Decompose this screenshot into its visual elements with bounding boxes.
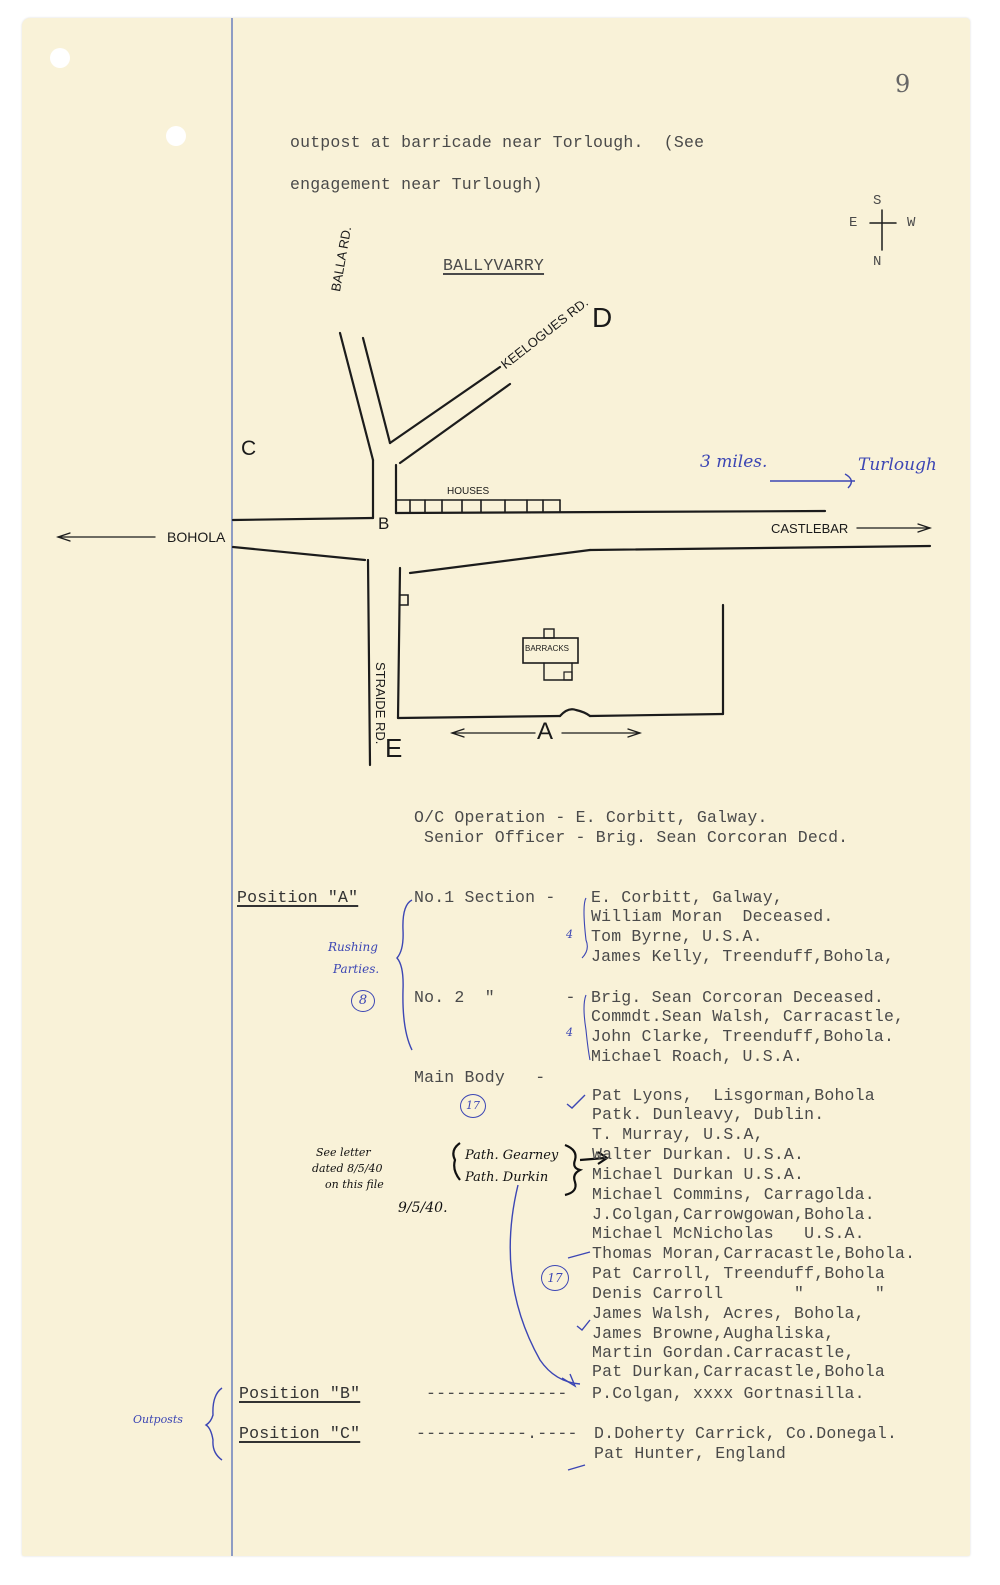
member: T. Murray, U.S.A, <box>592 1125 764 1144</box>
section-1-label: No.1 Section - <box>414 888 555 907</box>
destination-note: Turlough <box>858 455 937 475</box>
member: Tom Byrne, U.S.A. <box>591 927 763 946</box>
member: James Kelly, Treenduff,Bohola, <box>591 947 894 966</box>
main-body-count: 17 <box>460 1094 486 1118</box>
member: P.Colgan, xxxx Gortnasilla. <box>592 1384 865 1403</box>
outposts-note: Outposts <box>133 1413 183 1426</box>
member: Brig. Sean Corcoran Deceased. <box>591 988 884 1007</box>
member: John Clarke, Treenduff,Bohola. <box>591 1027 894 1046</box>
margin-note-line: dated 8/5/40 <box>312 1162 382 1175</box>
position-marker-e: E <box>385 733 402 764</box>
member: J.Colgan,Carrowgowan,Bohola. <box>592 1205 875 1224</box>
map-title: BALLYVARRY <box>443 256 544 275</box>
member: Pat Carroll, Treenduff,Bohola <box>592 1264 885 1283</box>
member: Michael Durkan U.S.A. <box>592 1165 804 1184</box>
member: Michael Roach, U.S.A. <box>591 1047 803 1066</box>
margin-note-name: Path. Durkin <box>465 1170 548 1185</box>
distance-note: 3 miles. <box>700 452 767 472</box>
margin-note-line: on this file <box>325 1178 384 1191</box>
member: E. Corbitt, Galway, <box>591 888 783 907</box>
main-body-label: Main Body - <box>414 1068 545 1087</box>
position-b-label: Position "B" <box>239 1384 360 1403</box>
rushing-note: Rushing <box>328 940 378 954</box>
member: Pat Lyons, Lisgorman,Bohola <box>592 1086 875 1105</box>
member: Michael McNicholas U.S.A. <box>592 1224 865 1243</box>
position-marker-a: A <box>537 718 553 746</box>
place-bohola: BOHOLA <box>167 529 225 545</box>
count-circle: 8 <box>351 990 375 1012</box>
position-marker-d: D <box>592 302 612 334</box>
margin-note-line: See letter <box>316 1146 371 1159</box>
position-marker-c: C <box>241 437 256 461</box>
section-2-count: 4 <box>566 1026 573 1039</box>
member: Martin Gordan.Carracastle, <box>592 1343 855 1362</box>
position-a-label: Position "A" <box>237 888 358 907</box>
section-1-count: 4 <box>566 928 573 941</box>
member: Commdt.Sean Walsh, Carracastle, <box>591 1007 904 1026</box>
parties-note: Parties. <box>333 962 379 976</box>
place-barracks: BARRACKS <box>525 644 569 653</box>
member: Pat Hunter, England <box>594 1444 786 1463</box>
member: Denis Carroll " " <box>592 1284 885 1303</box>
main-body-count-2: 17 <box>541 1265 569 1291</box>
section-2-label: No. 2 " - <box>414 988 576 1007</box>
member: Pat Durkan,Carracastle,Bohola <box>592 1362 885 1381</box>
member: Walter Durkan. U.S.A. <box>592 1145 804 1164</box>
margin-note-initials: 9/5/40. <box>398 1200 448 1216</box>
member: Thomas Moran,Carracastle,Bohola. <box>592 1244 915 1263</box>
position-marker-b: B <box>378 514 389 534</box>
member: James Walsh, Acres, Bohola, <box>592 1304 865 1323</box>
member: Michael Commins, Carragolda. <box>592 1185 875 1204</box>
place-castlebar: CASTLEBAR <box>771 521 848 536</box>
position-c-leader: -----------.---- <box>416 1424 578 1443</box>
senior-officer: Senior Officer - Brig. Sean Corcoran Dec… <box>424 828 848 847</box>
place-houses: HOUSES <box>447 486 489 497</box>
member: James Browne,Aughaliska, <box>592 1324 834 1343</box>
road-label-straide: STRAIDE RD. <box>373 662 388 744</box>
margin-note-name: Path. Gearney <box>465 1148 558 1163</box>
position-b-leader: -------------- <box>426 1384 567 1403</box>
member: Patk. Dunleavy, Dublin. <box>592 1105 824 1124</box>
oc-operation: O/C Operation - E. Corbitt, Galway. <box>414 808 768 827</box>
member: William Moran Deceased. <box>591 907 833 926</box>
position-c-label: Position "C" <box>239 1424 360 1443</box>
member: D.Doherty Carrick, Co.Donegal. <box>594 1424 897 1443</box>
